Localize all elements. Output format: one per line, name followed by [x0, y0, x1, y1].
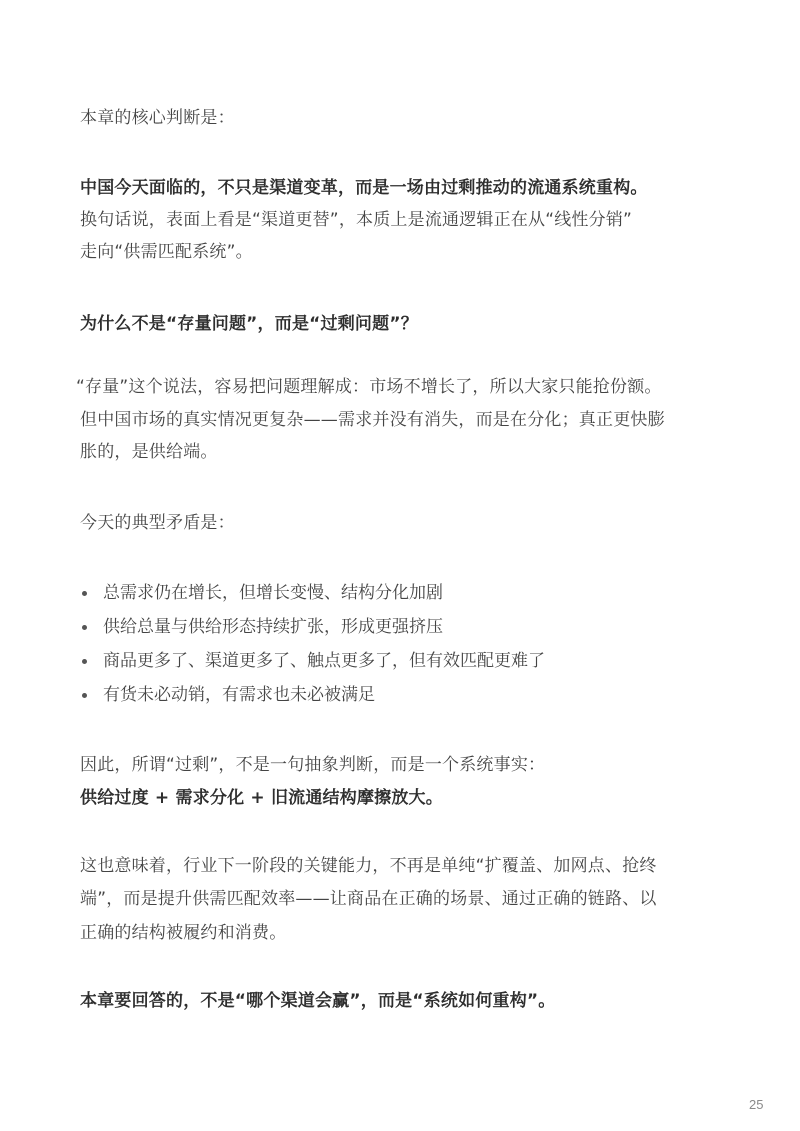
explanation-line-3: 胀的，是供给端。: [80, 440, 218, 464]
conclusion-line: 因此，所谓“过剩”，不是一句抽象判断，而是一个系统事实：: [80, 753, 545, 777]
question-heading: 为什么不是“存量问题”，而是“过剩问题”？: [80, 312, 418, 336]
conclusion-bold: 供给过度 + 需求分化 + 旧流通结构摩擦放大。: [80, 786, 443, 810]
list-item-text: 总需求仍在增长，但增长变慢、结构分化加剧: [103, 581, 443, 605]
list-item-text: 商品更多了、渠道更多了、触点更多了，但有效匹配更难了: [103, 649, 545, 673]
core-judgment-bold: 中国今天面临的，不只是渠道变革，而是一场由过剩推动的流通系统重构。: [80, 176, 648, 200]
explanation-line-1: “存量”这个说法，容易把问题理解成：市场不增长了，所以大家只能抢份额。: [76, 375, 662, 399]
bullet-icon: [82, 625, 87, 630]
list-item: 商品更多了、渠道更多了、触点更多了，但有效匹配更难了: [80, 649, 545, 673]
list-item-text: 有货未必动销，有需求也未必被满足: [103, 683, 375, 707]
intro-label: 本章的核心判断是：: [80, 106, 235, 130]
bullet-icon: [82, 659, 87, 664]
implication-line-2: 端”，而是提升供需匹配效率——让商品在正确的场景、通过正确的链路、以: [80, 887, 657, 911]
list-item: 供给总量与供给形态持续扩张，形成更强挤压: [80, 615, 443, 639]
explanation-line-2: 但中国市场的真实情况更复杂——需求并没有消失，而是在分化；真正更快膨: [80, 408, 665, 432]
contradiction-label: 今天的典型矛盾是：: [80, 511, 235, 535]
page-number: 25: [749, 1097, 763, 1112]
bullet-icon: [82, 591, 87, 596]
document-page: 本章的核心判断是： 中国今天面临的，不只是渠道变革，而是一场由过剩推动的流通系统…: [0, 0, 800, 1131]
implication-line-3: 正确的结构被履约和消费。: [80, 921, 286, 945]
chapter-question: 本章要回答的，不是“哪个渠道会赢”，而是“系统如何重构”。: [80, 989, 556, 1013]
implication-line-1: 这也意味着，行业下一阶段的关键能力，不再是单纯“扩覆盖、加网点、抢终: [80, 854, 657, 878]
list-item: 总需求仍在增长，但增长变慢、结构分化加剧: [80, 581, 443, 605]
bullet-icon: [82, 693, 87, 698]
core-judgment-line-1: 换句话说，表面上看是“渠道更替”，本质上是流通逻辑正在从“线性分销”: [80, 208, 632, 232]
list-item: 有货未必动销，有需求也未必被满足: [80, 683, 375, 707]
core-judgment-line-2: 走向“供需匹配系统”。: [80, 240, 253, 264]
list-item-text: 供给总量与供给形态持续扩张，形成更强挤压: [103, 615, 443, 639]
